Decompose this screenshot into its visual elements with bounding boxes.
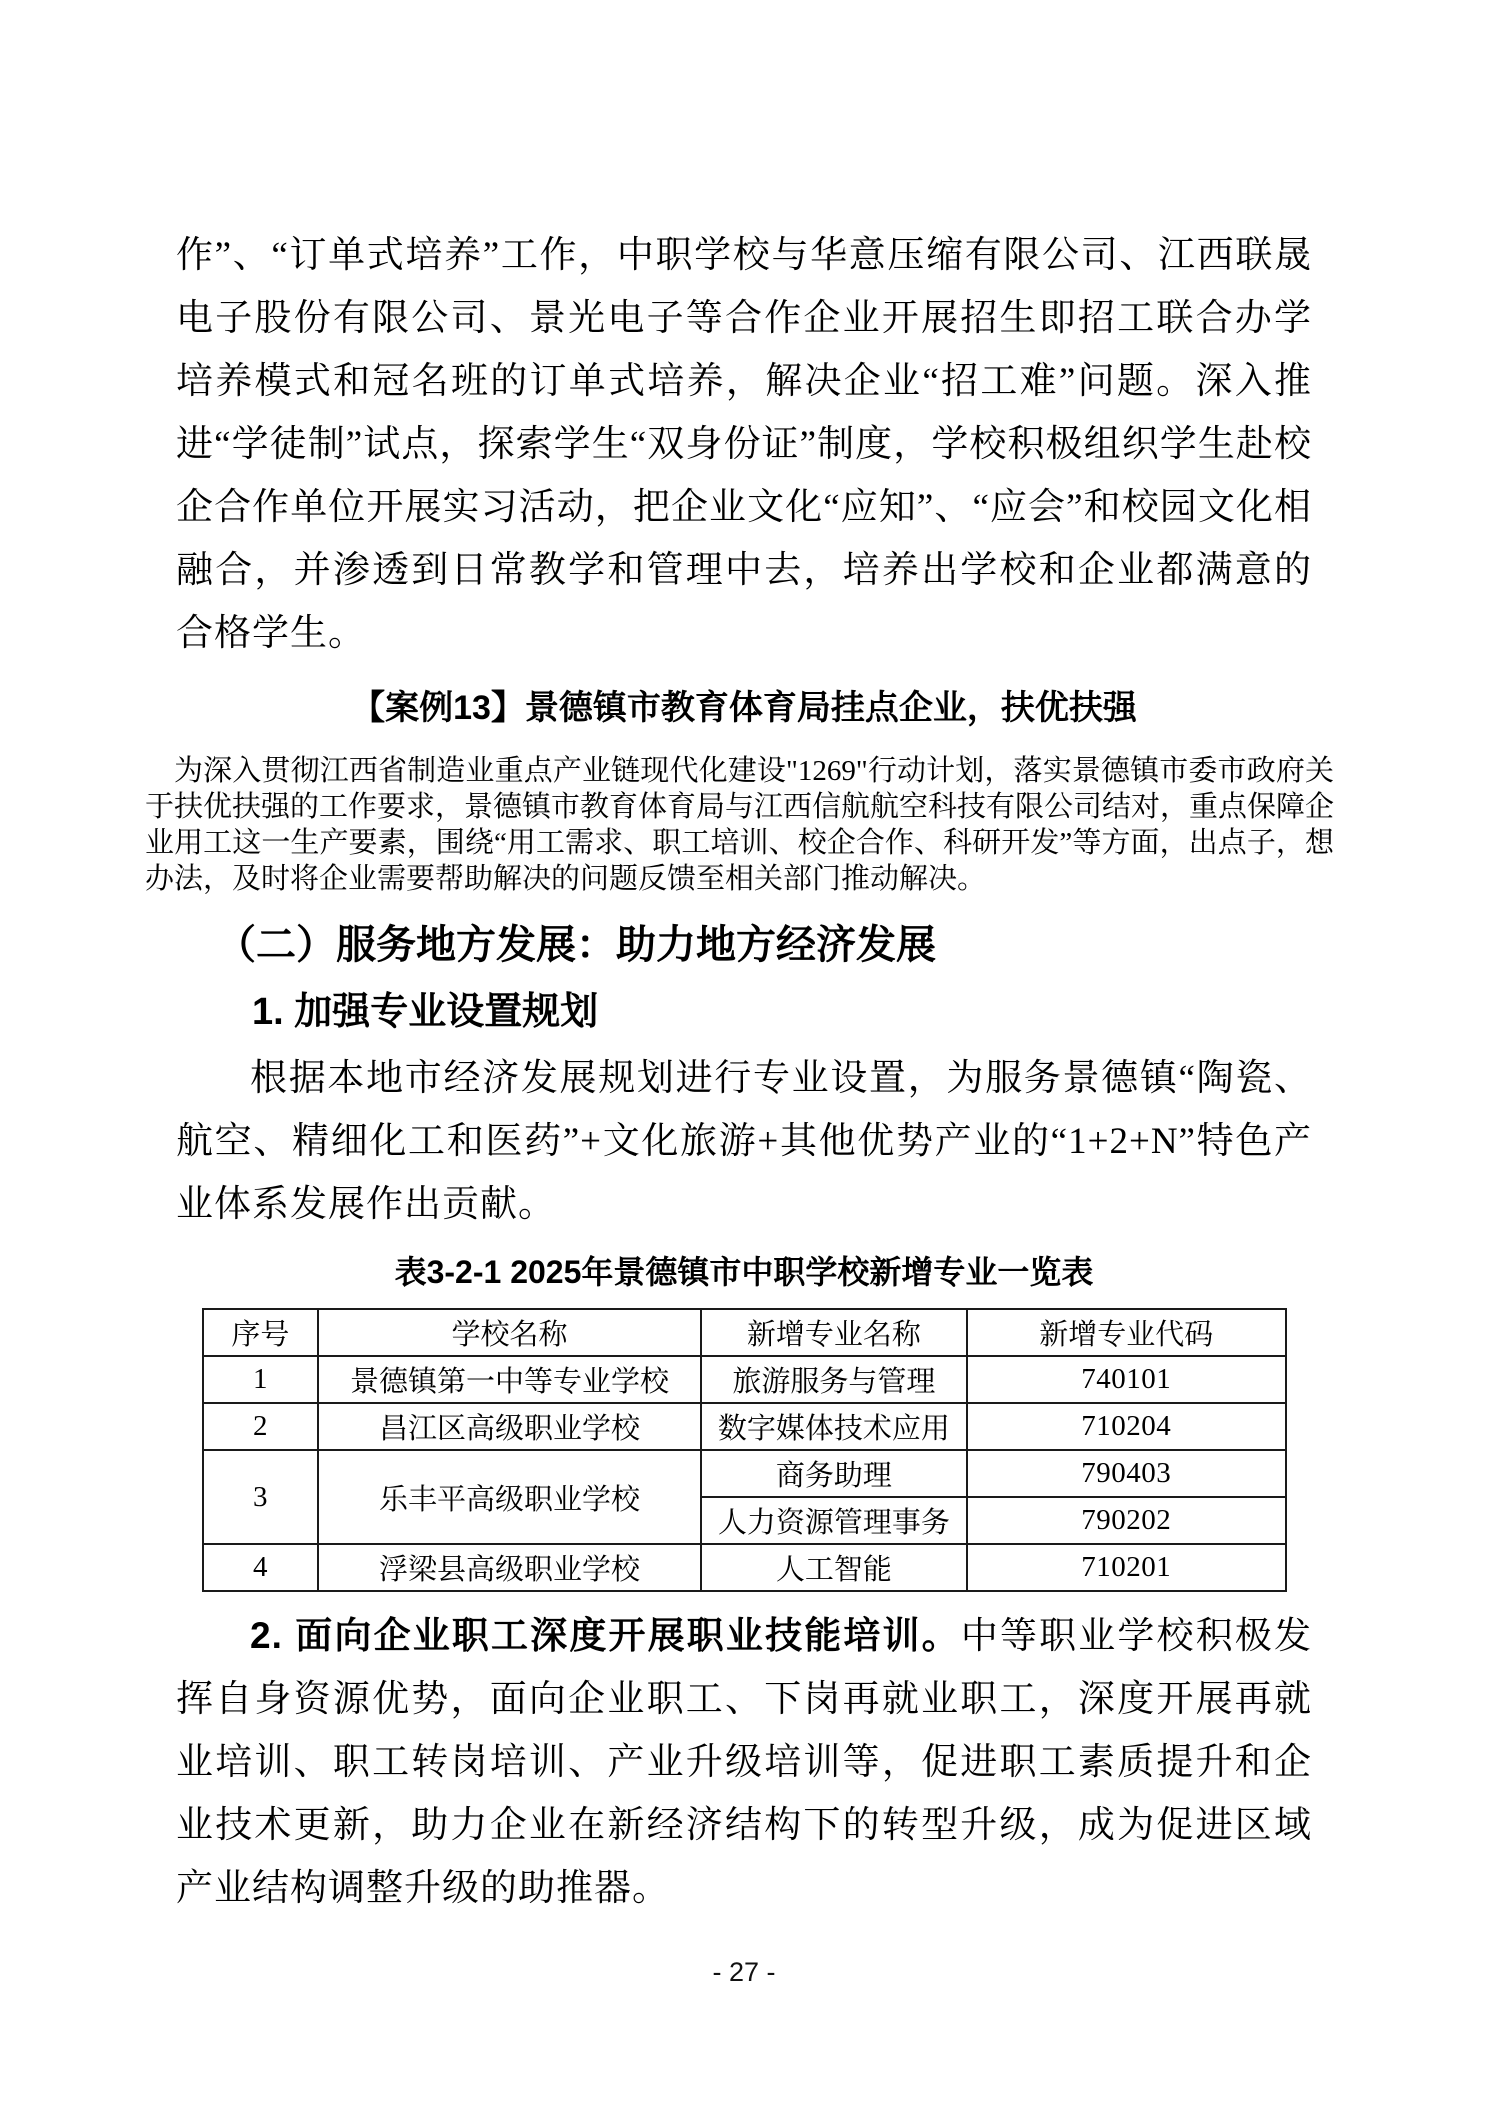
cell-major: 人工智能 — [701, 1544, 967, 1591]
cell-school: 景德镇第一中等专业学校 — [318, 1356, 700, 1403]
table-caption: 表3-2-1 2025年景德镇市中职学校新增专业一览表 — [176, 1250, 1312, 1294]
subsection-2-lead: 2. 面向企业职工深度开展职业技能培训。 — [250, 1615, 961, 1656]
cell-no: 1 — [203, 1356, 319, 1403]
paragraph-specialty-planning: 根据本地市经济发展规划进行专业设置，为服务景德镇“陶瓷、航空、精细化工和医药”+… — [176, 1047, 1312, 1236]
cell-major: 人力资源管理事务 — [701, 1497, 967, 1544]
table-row: 3 乐丰平高级职业学校 商务助理 790403 — [203, 1450, 1286, 1497]
case-study-paragraph: 为深入贯彻江西省制造业重点产业链现代化建设"1269"行动计划，落实景德镇市委市… — [145, 753, 1334, 897]
cell-school: 昌江区高级职业学校 — [318, 1403, 700, 1450]
cell-no: 3 — [203, 1450, 319, 1544]
cell-school: 乐丰平高级职业学校 — [318, 1450, 700, 1544]
table-row: 1 景德镇第一中等专业学校 旅游服务与管理 740101 — [203, 1356, 1286, 1403]
table-row: 2 昌江区高级职业学校 数字媒体技术应用 710204 — [203, 1403, 1286, 1450]
table-row: 4 浮梁县高级职业学校 人工智能 710201 — [203, 1544, 1286, 1591]
header-cell-no: 序号 — [203, 1309, 319, 1356]
header-cell-major: 新增专业名称 — [701, 1309, 967, 1356]
cell-major: 数字媒体技术应用 — [701, 1403, 967, 1450]
cell-code: 710201 — [967, 1544, 1285, 1591]
paragraph-continuation: 作”、“订单式培养”工作，中职学校与华意压缩有限公司、江西联晟电子股份有限公司、… — [176, 224, 1312, 665]
subsection-2-body: 中等职业学校积极发挥自身资源优势，面向企业职工、下岗再就业职工，深度开展再就业培… — [176, 1616, 1312, 1909]
header-cell-school: 学校名称 — [318, 1309, 700, 1356]
page-content: 作”、“订单式培养”工作，中职学校与华意压缩有限公司、江西联晟电子股份有限公司、… — [0, 0, 1488, 1988]
cell-no: 4 — [203, 1544, 319, 1591]
cell-no: 2 — [203, 1403, 319, 1450]
paragraph-worker-training: 2. 面向企业职工深度开展职业技能培训。中等职业学校积极发挥自身资源优势，面向企… — [176, 1604, 1312, 1920]
subsection-1-heading: 1. 加强专业设置规划 — [176, 987, 1312, 1037]
cell-code: 740101 — [967, 1356, 1285, 1403]
cell-code: 790403 — [967, 1450, 1285, 1497]
section-2-heading: （二）服务地方发展：助力地方经济发展 — [176, 919, 1312, 971]
new-majors-table: 序号 学校名称 新增专业名称 新增专业代码 1 景德镇第一中等专业学校 旅游服务… — [202, 1308, 1287, 1592]
document-page: 作”、“订单式培养”工作，中职学校与华意压缩有限公司、江西联晟电子股份有限公司、… — [0, 0, 1488, 2104]
cell-major: 商务助理 — [701, 1450, 967, 1497]
page-number: - 27 - — [176, 1956, 1312, 1988]
cell-major: 旅游服务与管理 — [701, 1356, 967, 1403]
cell-code: 790202 — [967, 1497, 1285, 1544]
header-cell-code: 新增专业代码 — [967, 1309, 1285, 1356]
case-study-heading: 【案例13】景德镇市教育体育局挂点企业，扶优扶强 — [176, 685, 1312, 731]
cell-school: 浮梁县高级职业学校 — [318, 1544, 700, 1591]
table-header-row: 序号 学校名称 新增专业名称 新增专业代码 — [203, 1309, 1286, 1356]
cell-code: 710204 — [967, 1403, 1285, 1450]
